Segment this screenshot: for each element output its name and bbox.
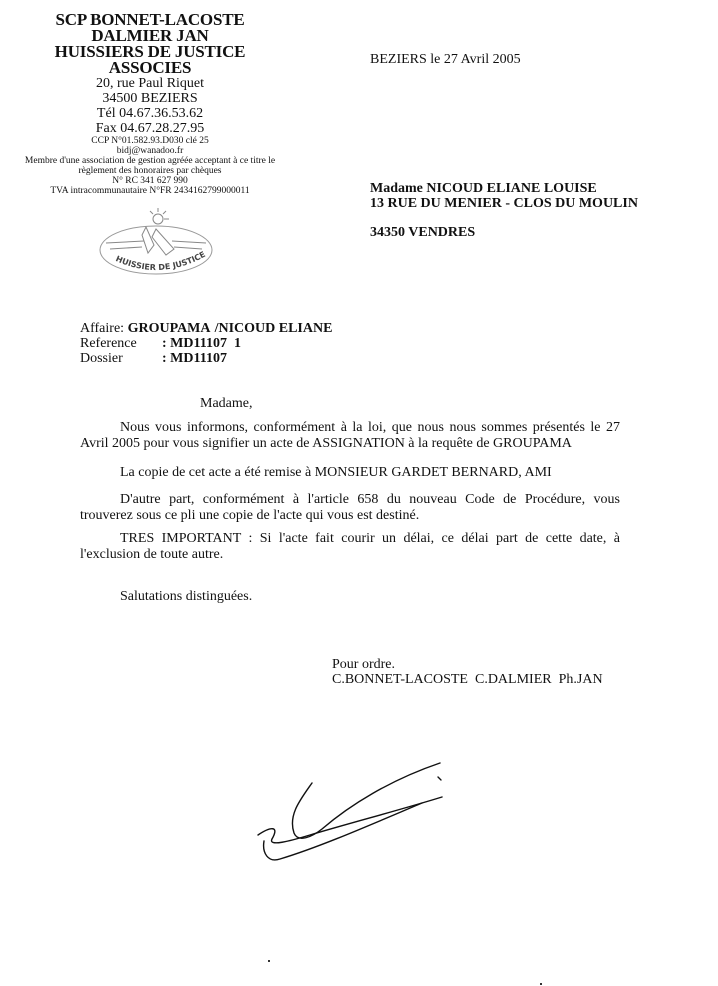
letterhead: SCP BONNET-LACOSTE DALMIER JAN HUISSIERS…: [0, 12, 300, 196]
scan-artifact: [268, 960, 270, 962]
firm-street: 20, rue Paul Riquet: [0, 76, 300, 91]
firm-fax: Fax 04.67.28.27.95: [0, 121, 300, 136]
recipient-street: 13 RUE DU MENIER - CLOS DU MOULIN: [370, 196, 638, 211]
svg-text:HUISSIER DE JUSTICE: HUISSIER DE JUSTICE: [114, 250, 207, 272]
reference-label: Reference: [80, 336, 162, 351]
paragraph-notification: Nous vous informons, conformément à la l…: [80, 420, 620, 451]
paragraph-remise: La copie de cet acte a été remise à MONS…: [80, 465, 620, 481]
firm-membership: Membre d'une association de gestion agré…: [0, 156, 300, 166]
paragraph-important: TRES IMPORTANT : Si l'acte fait courir u…: [80, 531, 620, 562]
pour-ordre: Pour ordre.: [332, 657, 603, 672]
firm-rc: N° RC 341 627 990: [0, 176, 300, 186]
recipient-city: 34350 VENDRES: [370, 225, 638, 240]
handwritten-signature-icon: [250, 755, 450, 875]
paragraph-article: D'autre part, conformément à l'article 6…: [80, 492, 620, 523]
firm-name-line: ASSOCIES: [0, 60, 300, 76]
firm-city: 34500 BEZIERS: [0, 91, 300, 106]
dossier-value: : MD11107: [162, 351, 227, 366]
dossier-label: Dossier: [80, 351, 162, 366]
scan-artifact: [540, 983, 542, 985]
affaire-party: /NICOUD ELIANE: [215, 321, 333, 336]
firm-tva: TVA intracommunautaire N°FR 243416279900…: [0, 186, 300, 196]
firm-phone: Tél 04.67.36.53.62: [0, 106, 300, 121]
salutation: Madame,: [200, 396, 400, 412]
firm-membership-cont: règlement des honoraires par chèques: [0, 166, 300, 176]
date-line: BEZIERS le 27 Avril 2005: [370, 52, 521, 68]
reference-value: : MD11107 1: [162, 336, 241, 351]
affaire-label: Affaire:: [80, 321, 124, 336]
firm-ccp: CCP N°01.582.93.D030 clé 25: [0, 136, 300, 146]
affaire-value: GROUPAMA: [128, 321, 211, 336]
reference-block: Affaire: GROUPAMA /NICOUD ELIANE Referen…: [80, 321, 332, 366]
signatory-names: C.BONNET-LACOSTE C.DALMIER Ph.JAN: [332, 672, 603, 687]
firm-email: bidj@wanadoo.fr: [0, 146, 300, 156]
huissier-seal-icon: HUISSIER DE JUSTICE: [96, 205, 216, 280]
seal-text: HUISSIER DE JUSTICE: [114, 250, 207, 272]
recipient-name: Madame NICOUD ELIANE LOUISE: [370, 181, 638, 196]
recipient-block: Madame NICOUD ELIANE LOUISE 13 RUE DU ME…: [370, 181, 638, 240]
signature-block: Pour ordre. C.BONNET-LACOSTE C.DALMIER P…: [332, 657, 603, 687]
closing: Salutations distinguées.: [80, 589, 620, 605]
